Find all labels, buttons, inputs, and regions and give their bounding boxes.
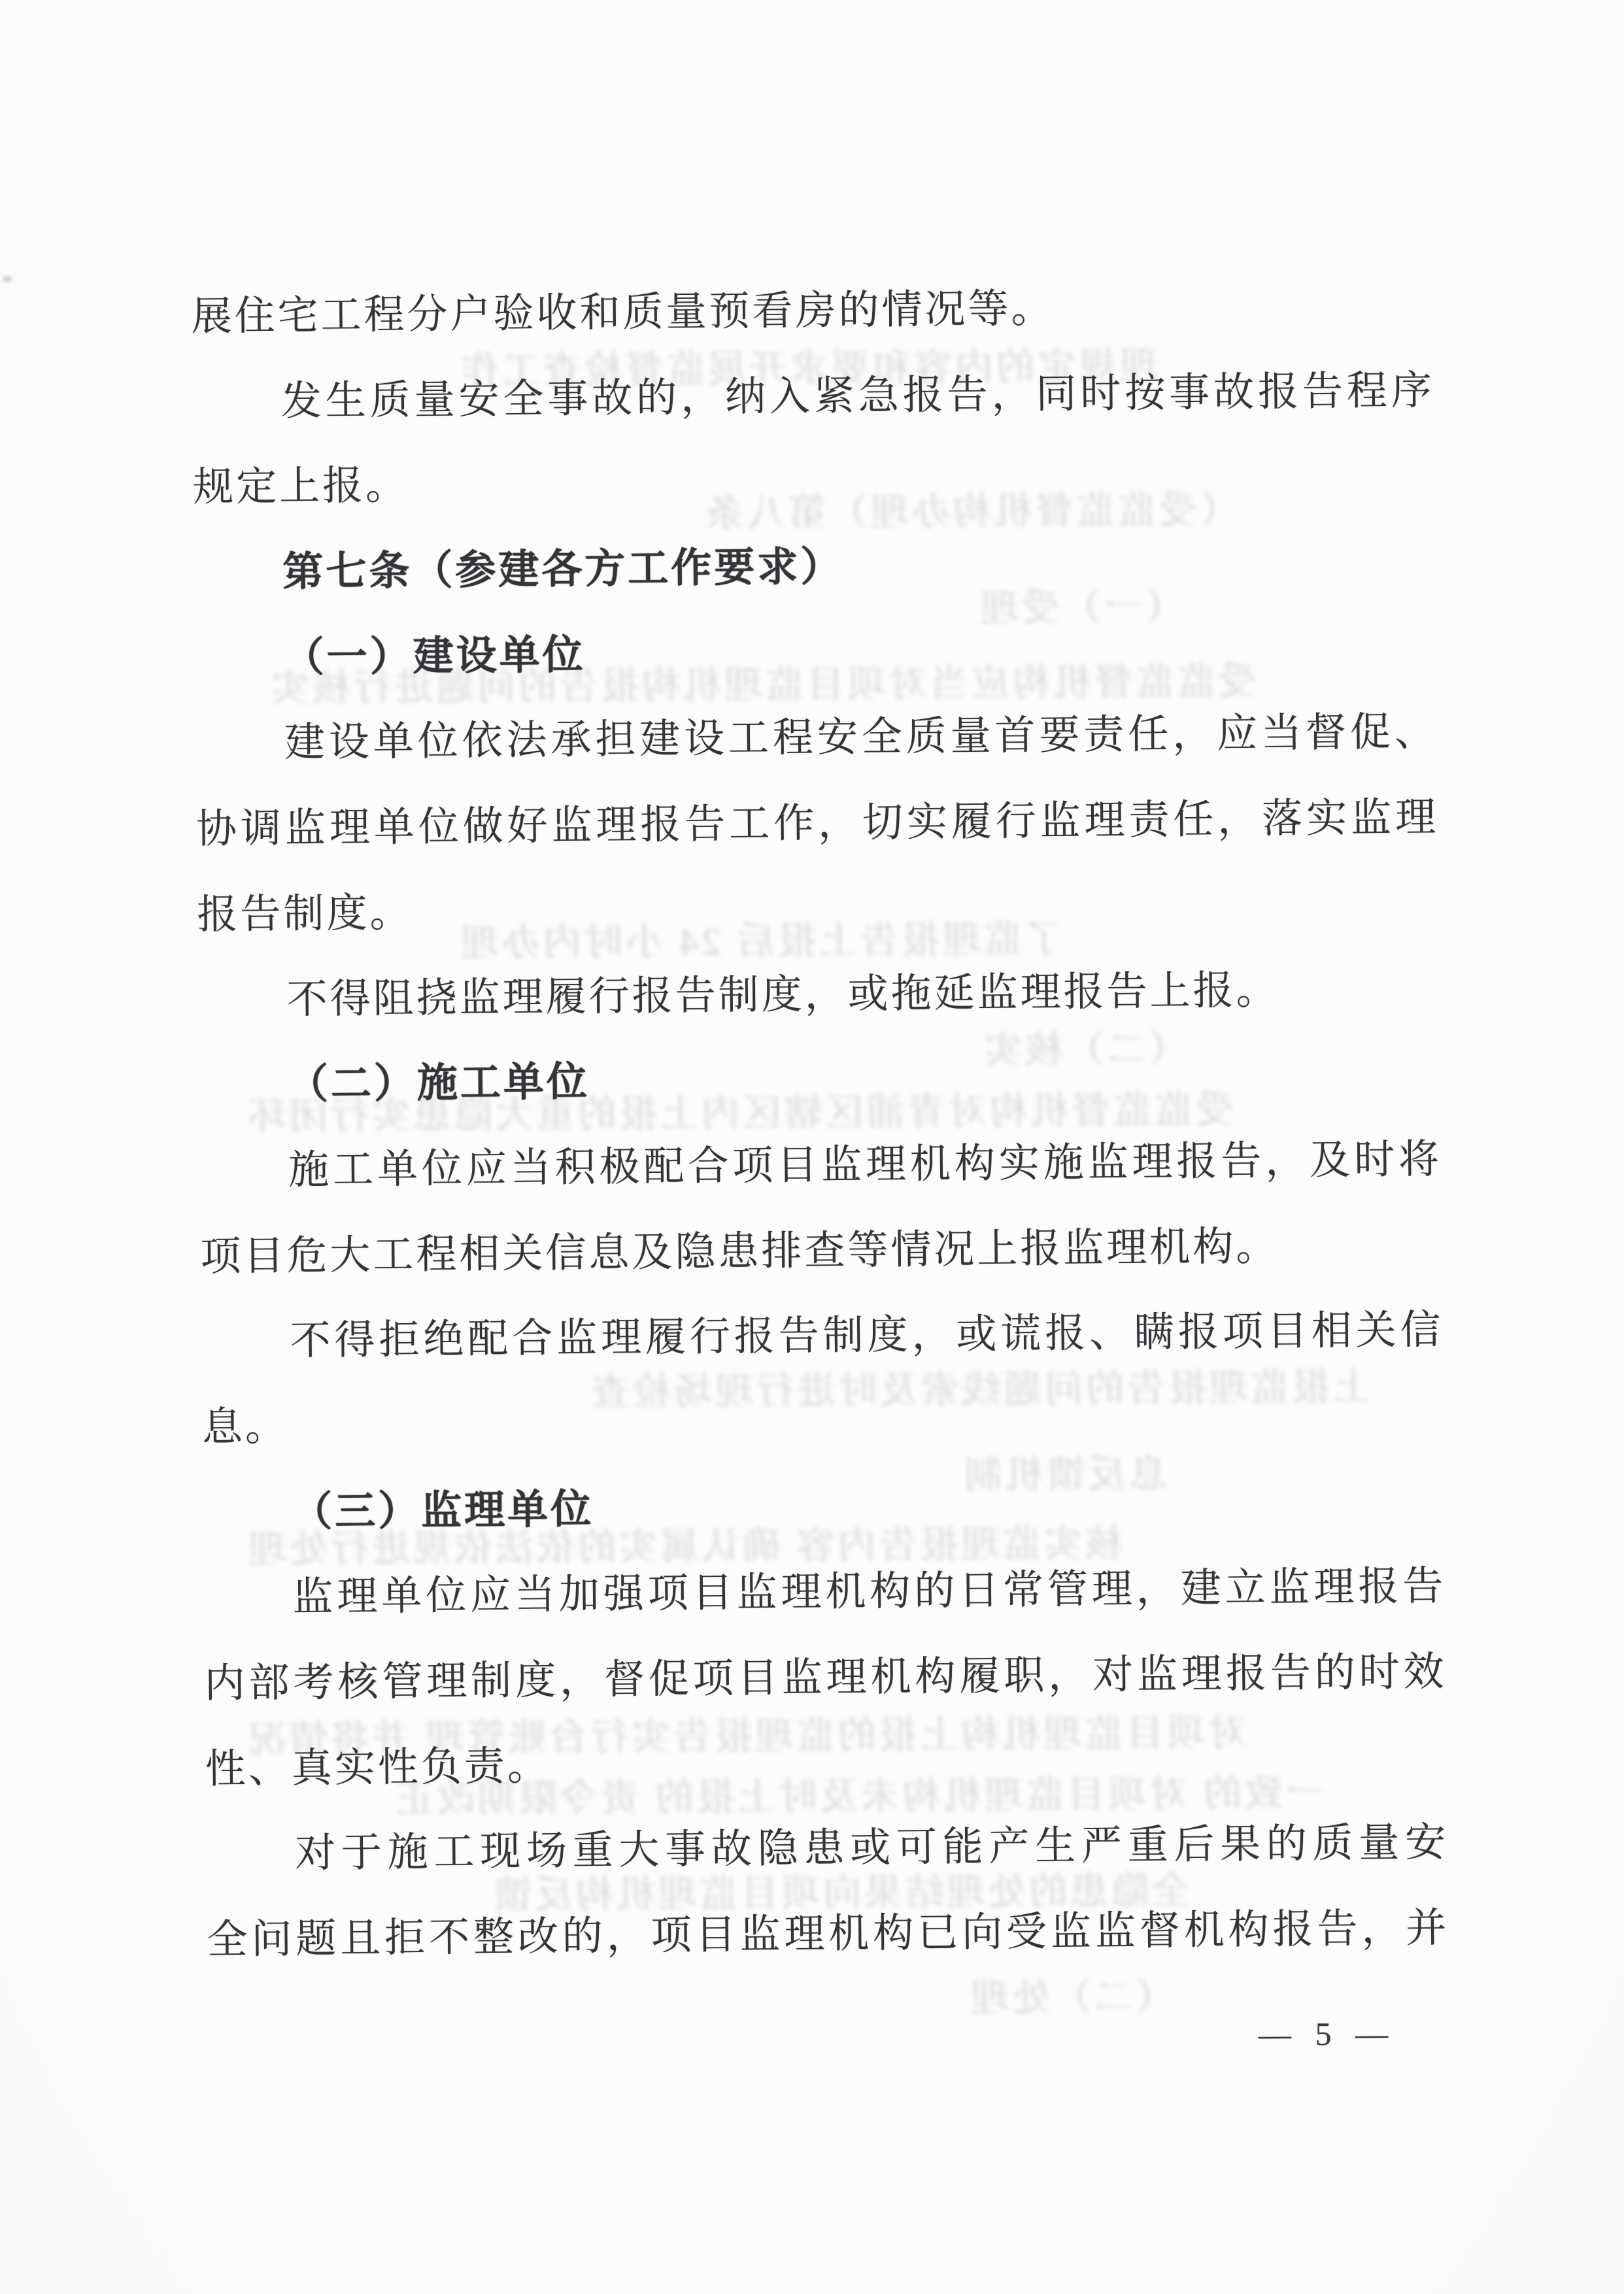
heading-line: （三）监理单位 bbox=[203, 1459, 1446, 1556]
body-text-line: 建设单位依法承担建设工程安全质量首要责任，应当督促、 bbox=[195, 690, 1438, 787]
body-text-line: 规定上报。 bbox=[193, 433, 1436, 531]
body-text-line: 施工单位应当积极配合项目监理机构实施监理报告，及时将 bbox=[199, 1117, 1442, 1215]
body-text-line: 报告制度。 bbox=[197, 861, 1440, 958]
body-text-line: 不得阻挠监理履行报告制度，或拖延监理报告上报。 bbox=[197, 946, 1440, 1043]
body-text-line: 性、真实性负责。 bbox=[205, 1715, 1447, 1812]
body-text-line: 不得拒绝配合监理履行报告制度，或谎报、瞒报项目相关信 bbox=[201, 1288, 1444, 1385]
body-text-line: 内部考核管理制度，督促项目监理机构履职，对监理报告的时效 bbox=[204, 1630, 1447, 1727]
body-text-line: 监理单位应当加强项目监理机构的日常管理，建立监理报告 bbox=[203, 1544, 1446, 1642]
body-text-line: 协调监理单位做好监理报告工作，切实履行监理责任，落实监理 bbox=[196, 775, 1439, 873]
body-text-line: 发生质量安全事故的，纳入紧急报告，同时按事故报告程序 bbox=[192, 348, 1434, 445]
body-text-line: 展住宅工程分户验收和质量预看房的情况等。 bbox=[191, 263, 1434, 360]
document-text-block: 展住宅工程分户验收和质量预看房的情况等。发生质量安全事故的，纳入紧急报告，同时按… bbox=[191, 263, 1449, 1983]
body-text-line: 全问题且拒不整改的，项目监理机构已向受监监督机构报告，并 bbox=[207, 1886, 1449, 1983]
page-number: — 5 — bbox=[1259, 2014, 1396, 2053]
heading-line: （一）建设单位 bbox=[194, 604, 1437, 701]
heading-line: （二）施工单位 bbox=[198, 1032, 1441, 1129]
body-text-line: 对于施工现场重大事故隐患或可能产生严重后果的质量安 bbox=[206, 1800, 1449, 1898]
scanned-document-page: 理规定的内容和要求开展监督检查工作（受监监督机构办理）第八条（一）受理受监监督机… bbox=[0, 0, 1624, 2294]
body-text-line: 项目危大工程相关信息及隐患排查等情况上报监理机构。 bbox=[200, 1202, 1443, 1300]
heading-line: 第七条（参建各方工作要求） bbox=[194, 519, 1436, 616]
body-text-line: 息。 bbox=[201, 1374, 1444, 1471]
